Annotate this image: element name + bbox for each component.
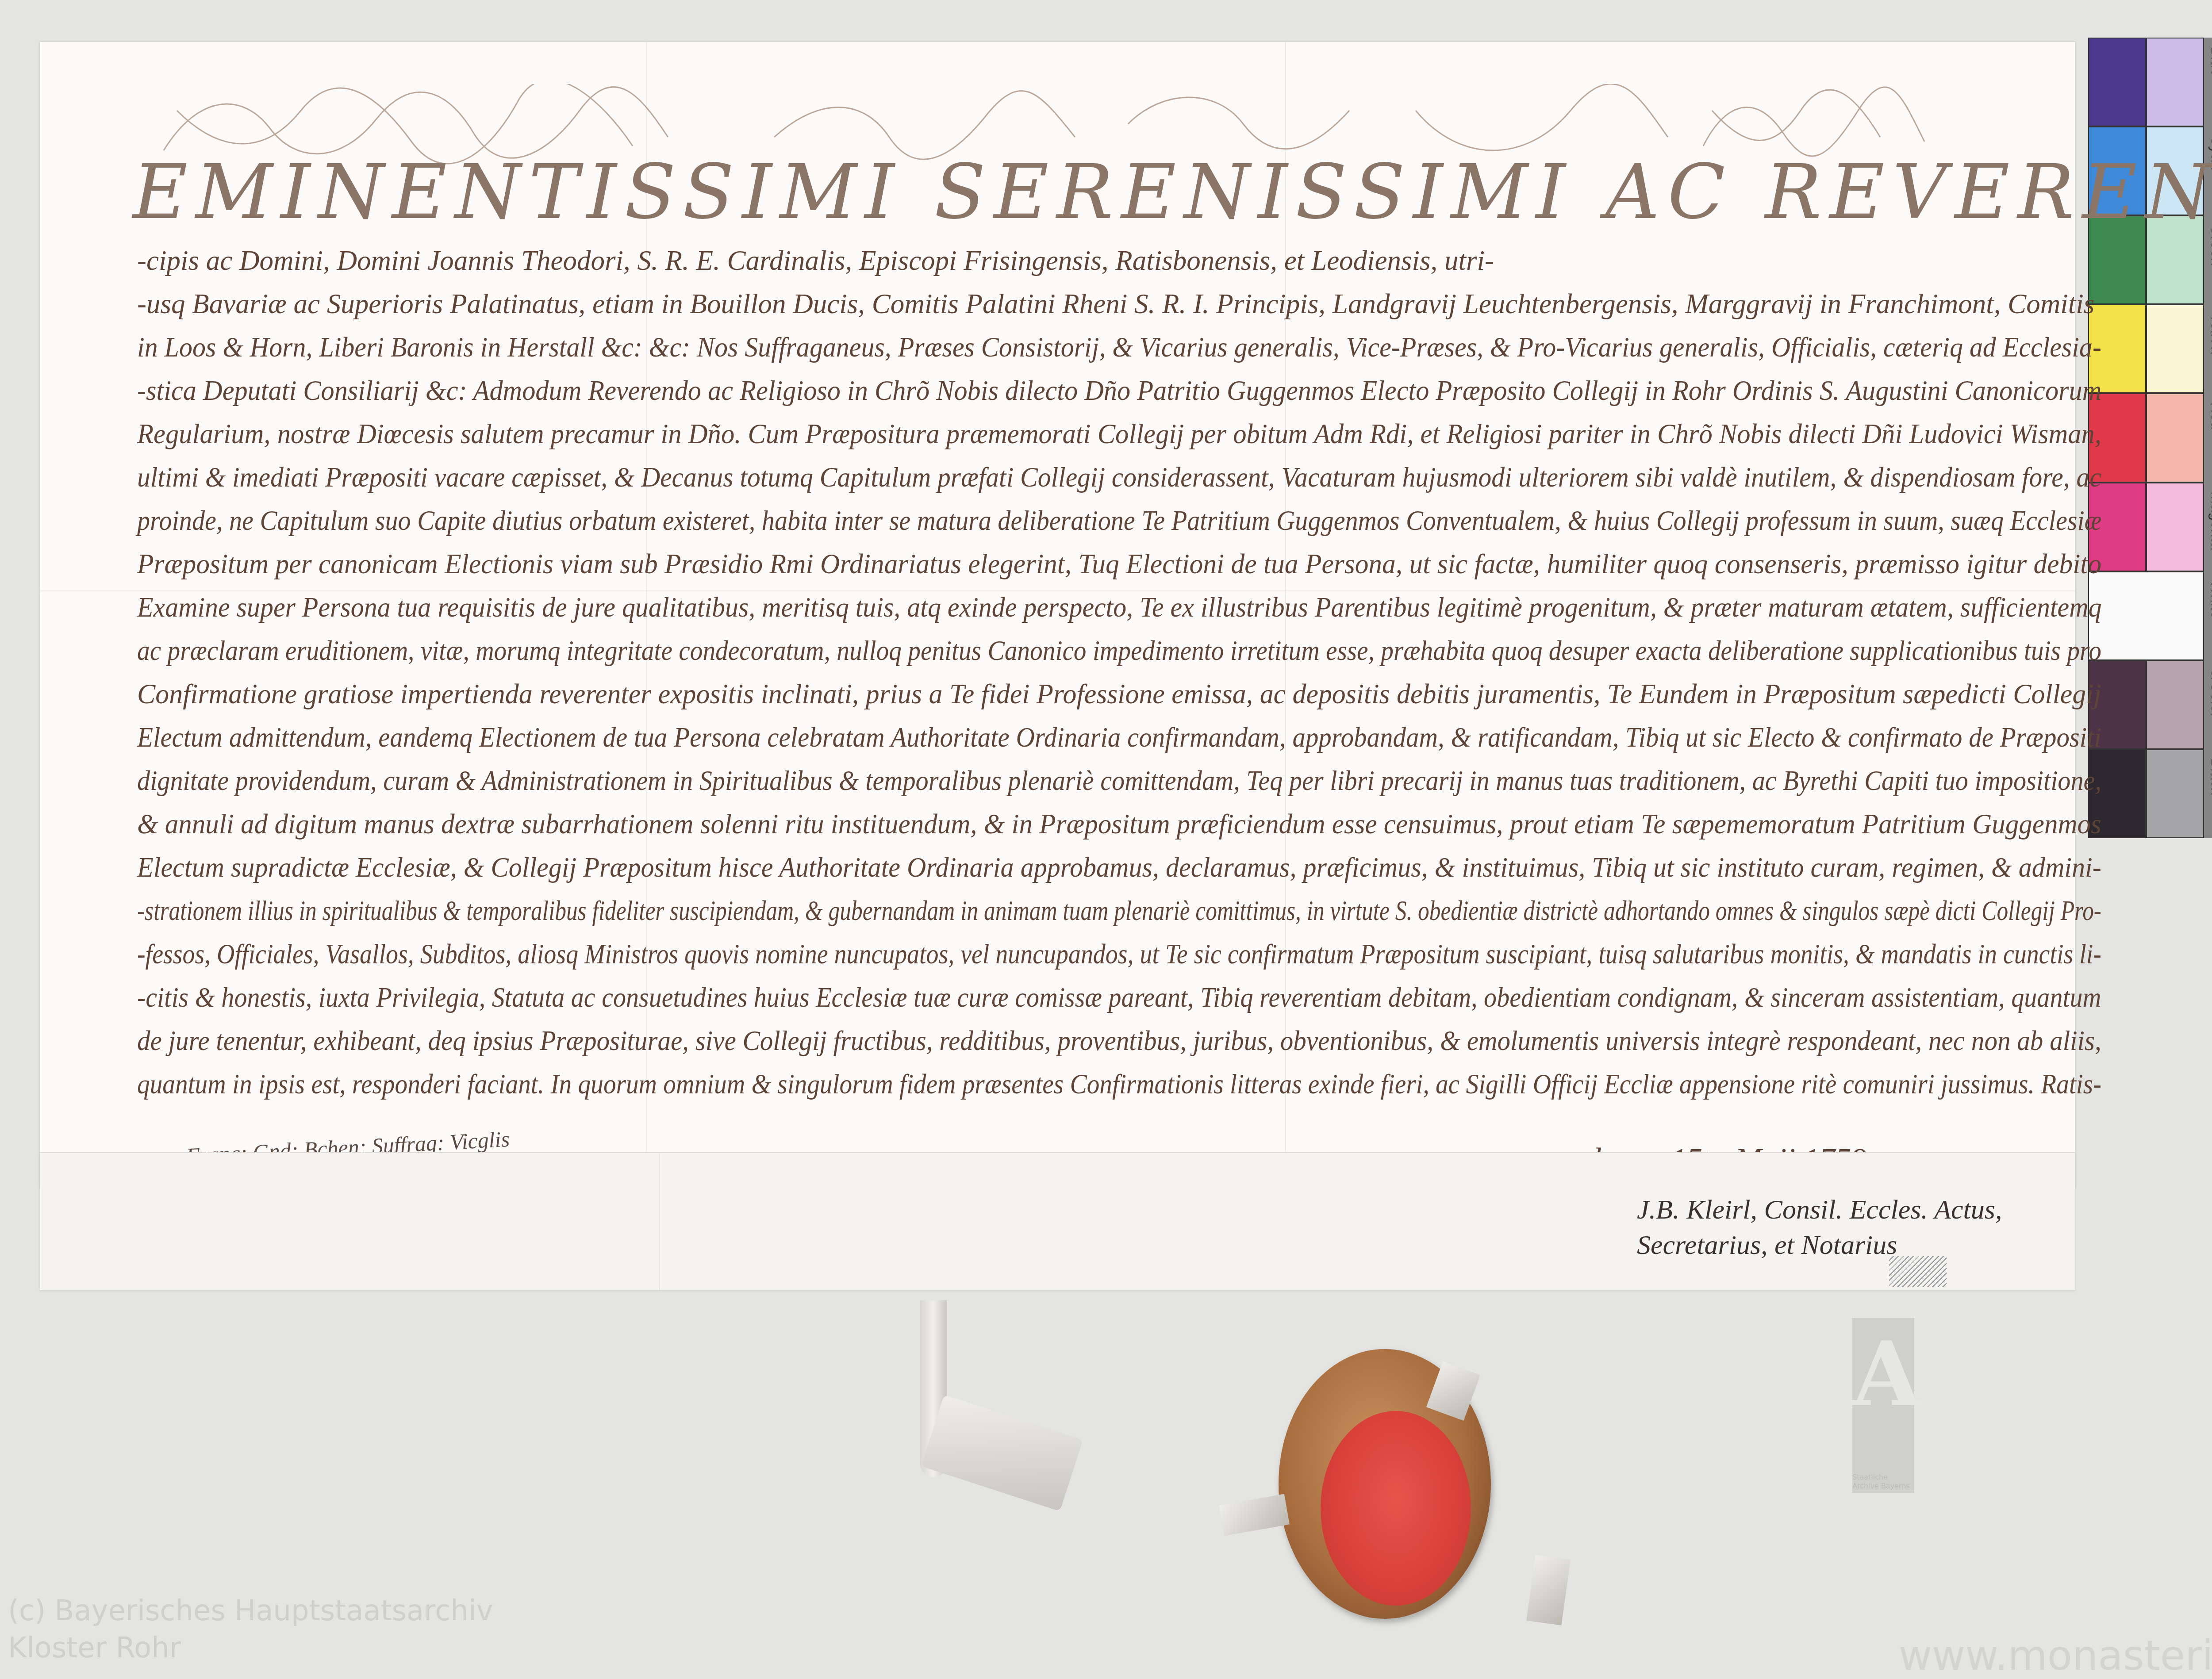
patch-label: Yellow (2208, 313, 2212, 356)
color-patch-blue (2088, 38, 2204, 126)
charter-heading: EMINENTISSIMI SERENISSIMI AC REVERENDISS… (133, 148, 2079, 237)
archive-logo: A (1852, 1318, 1914, 1493)
color-patch-red (2088, 393, 2204, 482)
patch-label: Black (2208, 758, 2212, 795)
notary-mark (1889, 1256, 1947, 1287)
charter-text-line: in Loos & Horn, Liberi Baronis in Hersta… (137, 326, 2006, 369)
archive-name: (c) Bayerisches Hauptstaatsarchiv (8, 1592, 493, 1629)
color-patch-yellow (2088, 304, 2204, 393)
charter-text-line: de jure tenentur, exhibeant, deq ipsius … (137, 1019, 1980, 1062)
charter-text-line: Examine super Persona tua requisitis de … (137, 586, 2006, 629)
seal-strap-knot (921, 1395, 1083, 1511)
color-patch-3-color (2088, 660, 2204, 749)
fonds-name: Kloster Rohr (8, 1629, 493, 1667)
patch-label: 3/Color (2208, 669, 2212, 718)
charter-body: -cipis ac Domini, Domini Joannis Theodor… (137, 239, 2101, 1106)
charter-text-line: ac præclaram eruditionem, vitæ, morumq i… (137, 629, 1927, 672)
archive-logo-text: Staatliche Archive Bayerns (1852, 1473, 1914, 1491)
patch-swatch-dark (2088, 38, 2146, 126)
fold-line (659, 1153, 660, 1290)
charter-text-line: -citis & honestis, iuxta Privilegia, Sta… (137, 976, 1948, 1019)
charter-text-line: Confirmatione gratiose impertienda rever… (137, 672, 2066, 716)
patch-swatch-light (2146, 304, 2204, 393)
charter-text-line: -stica Deputati Consiliarij &c: Admodum … (137, 369, 2018, 412)
patch-label: Magenta (2208, 491, 2212, 550)
patch-swatch-light (2146, 749, 2204, 838)
patch-label: White (2208, 580, 2212, 619)
charter-text-line: -strationem illius in spiritualibus & te… (137, 889, 1740, 932)
charter-text-line: ultimi & imediati Præpositi vacare cæpis… (137, 456, 1994, 499)
charter-text-line: quantum in ipsis est, responderi faciant… (137, 1062, 1925, 1106)
charter-text-line: Præpositum per canonicam Electionis viam… (137, 542, 2055, 586)
color-patch-black (2088, 749, 2204, 838)
patch-swatch-light (2146, 660, 2204, 749)
seal-tab (1526, 1555, 1571, 1625)
notary-signature: J.B. Kleirl, Consil. Eccles. Actus, Secr… (1637, 1192, 2002, 1263)
notary-line-2: Secretarius, et Notarius (1637, 1227, 2002, 1263)
patch-swatch-light (2146, 393, 2204, 482)
patch-label: Red (2208, 402, 2212, 429)
color-patch-white (2088, 571, 2204, 660)
seal-tab (1219, 1494, 1290, 1536)
charter-sheet: EMINENTISSIMI SERENISSIMI AC REVERENDISS… (40, 42, 2075, 1188)
archive-copyright: (c) Bayerisches Hauptstaatsarchiv Kloste… (8, 1592, 493, 1667)
notary-line-1: J.B. Kleirl, Consil. Eccles. Actus, (1637, 1192, 2002, 1227)
charter-text-line: dignitate providendum, curam & Administr… (137, 759, 1954, 802)
charter-text-line: proinde, ne Capitulum suo Capite diutius… (137, 499, 1952, 542)
charter-text-line: -cipis ac Domini, Domini Joannis Theodor… (137, 239, 2101, 282)
patch-swatch (2088, 571, 2204, 660)
charter-text-line: -usq Bavariæ ac Superioris Palatinatus, … (137, 282, 2101, 326)
monasterium-url: www.monasterium.net (1899, 1632, 2212, 1679)
charter-text-line: Regularium, nostræ Diœcesis salutem prec… (137, 412, 2028, 456)
color-patch-magenta (2088, 483, 2204, 571)
charter-text-line: -fessos, Officiales, Vasallos, Subditos,… (137, 932, 1880, 976)
red-wax-seal (1321, 1411, 1471, 1606)
patch-swatch-light (2146, 38, 2204, 126)
patch-swatch-light (2146, 483, 2204, 571)
charter-text-line: Electum supradictæ Ecclesiæ, & Collegij … (137, 846, 2011, 889)
charter-text-line: Electum admittendum, eandemq Electionem … (137, 716, 1975, 759)
charter-text-line: & annuli ad digitum manus dextræ subarrh… (137, 802, 2041, 846)
patch-label: Blue (2208, 46, 2212, 77)
